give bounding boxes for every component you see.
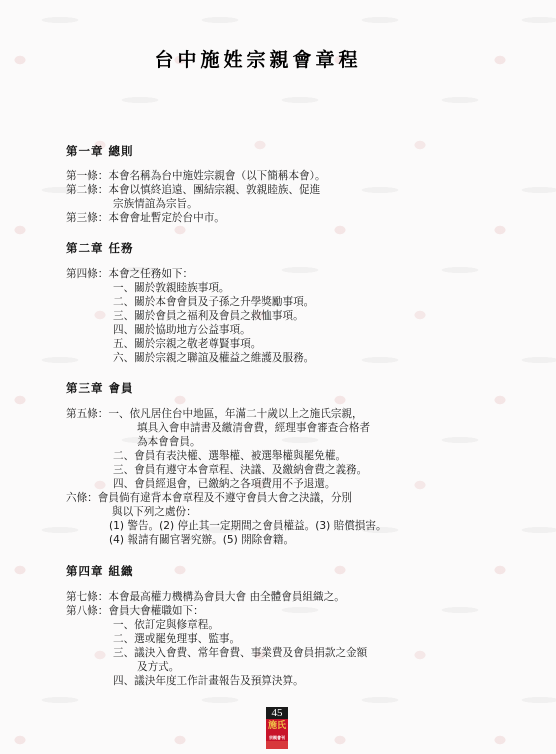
list-item: (4) 報請有關官署究辦。(5) 開除會籍。 — [109, 534, 294, 547]
chapter-heading: 第一章 總則 — [66, 143, 134, 159]
page-number-badge: 45 施氏 宗親會刊 — [266, 707, 288, 749]
chapter-heading: 第三章 會員 — [66, 380, 134, 396]
chapter-heading: 第二章 任務 — [66, 240, 134, 256]
article-line: 第一條：本會名稱為台中施姓宗親會（以下簡稱本會）。 — [66, 170, 326, 183]
article-line: 宗族情誼為宗旨。 — [113, 198, 198, 211]
article-line: 填具入會申請書及繳清會費，經理事會審查合格者 — [137, 422, 370, 435]
page-title: 台中施姓宗親會章程 — [0, 45, 516, 72]
article-line: 第二條：本會以慎終追遠、團結宗親、敦親睦族、促進 — [66, 184, 320, 197]
list-item: 二、關於本會會員及子孫之升學獎勵事項。 — [113, 296, 314, 309]
logo-subtext: 宗親會刊 — [266, 735, 288, 740]
article-line: 第八條：會員大會權職如下： — [66, 605, 204, 618]
list-item: 三、議決入會費、常年會費、事業費及會員捐款之金額 — [113, 647, 367, 660]
document-page: 台中施姓宗親會章程 第一章 總則 第一條：本會名稱為台中施姓宗親會（以下簡稱本會… — [0, 0, 556, 754]
list-item: 一、關於敦親睦族事項。 — [113, 282, 230, 295]
logo-base-stripe — [266, 741, 288, 749]
list-item: 四、關於協助地方公益事項。 — [113, 324, 251, 337]
list-item: 二、會員有表決權、選舉權、被選舉權與罷免權。 — [113, 450, 346, 463]
list-item: 五、關於宗親之敬老尊賢事項。 — [113, 338, 261, 351]
article-line: 第五條：一、依凡居住台中地區，年滿二十歲以上之施氏宗親， — [66, 408, 363, 421]
list-item: 一、依訂定與修章程。 — [113, 619, 219, 632]
publication-logo: 施氏 宗親會刊 — [266, 719, 288, 741]
list-item: 四、會員經退會，已繳納之各項費用不予退還。 — [113, 478, 335, 491]
article-line: 六條：會員倘有違背本會章程及不遵守會員大會之決議，分別 — [66, 492, 352, 505]
logo-text: 施氏 — [268, 721, 286, 731]
list-item: 及方式。 — [137, 661, 179, 674]
page-number: 45 — [266, 707, 288, 719]
article-line: 第三條：本會會址暫定於台中市。 — [66, 212, 225, 225]
article-line: 第四條：本會之任務如下： — [66, 268, 193, 281]
list-item: 六、關於宗親之聯誼及權益之維護及服務。 — [113, 352, 314, 365]
list-item: (1) 警告。(2) 停止其一定期間之會員權益。(3) 賠償損害。 — [109, 520, 387, 533]
article-line: 與以下列之處份： — [112, 506, 197, 519]
list-item: 四、議決年度工作計畫報告及預算決算。 — [113, 675, 304, 688]
article-line: 第七條：本會最高權力機構為會員大會 由全體會員組織之。 — [66, 591, 345, 604]
list-item: 二、選或罷免理事、監事。 — [113, 633, 240, 646]
list-item: 三、關於會員之福利及會員之救恤事項。 — [113, 310, 304, 323]
article-line: 為本會會員。 — [137, 436, 201, 449]
list-item: 三、會員有遵守本會章程、決議、及繳納會費之義務。 — [113, 464, 367, 477]
chapter-heading: 第四章 組織 — [66, 563, 134, 579]
